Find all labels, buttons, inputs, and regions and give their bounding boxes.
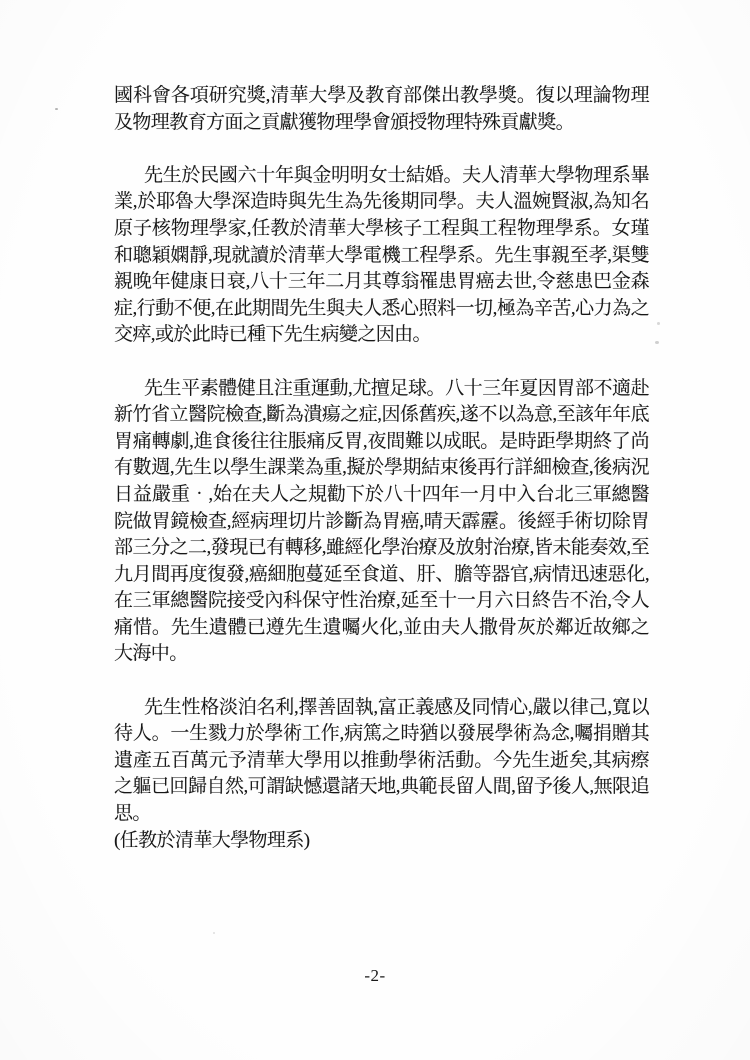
page-number: -2- <box>0 966 750 986</box>
scan-speck <box>655 341 659 344</box>
paragraph-affiliation-note: (任教於清華大學物理系) <box>114 828 649 855</box>
scan-speck <box>657 322 660 325</box>
paragraph-awards-continuation: 國科會各項研究獎,清華大學及教育部傑出教學獎。復以理論物理及物理教育方面之貢獻獲… <box>114 83 649 136</box>
scanned-document-page: 國科會各項研究獎,清華大學及教育部傑出教學獎。復以理論物理及物理教育方面之貢獻獲… <box>0 0 750 1060</box>
scan-speck <box>55 108 58 110</box>
scan-speck <box>213 932 215 934</box>
paragraph-illness: 先生平素體健且注重運動,尤擅足球。八十三年夏因胃部不適赴新竹省立醫院檢查,斷為潰… <box>114 376 649 669</box>
paragraph-character-legacy: 先生性格淡泊名利,擇善固執,富正義感及同情心,嚴以律己,寬以待人。一生戮力於學術… <box>114 695 649 828</box>
document-body-text: 國科會各項研究獎,清華大學及教育部傑出教學獎。復以理論物理及物理教育方面之貢獻獲… <box>114 83 649 854</box>
paragraph-family: 先生於民國六十年與金明明女士結婚。夫人清華大學物理系畢業,於耶魯大學深造時與先生… <box>114 163 649 349</box>
